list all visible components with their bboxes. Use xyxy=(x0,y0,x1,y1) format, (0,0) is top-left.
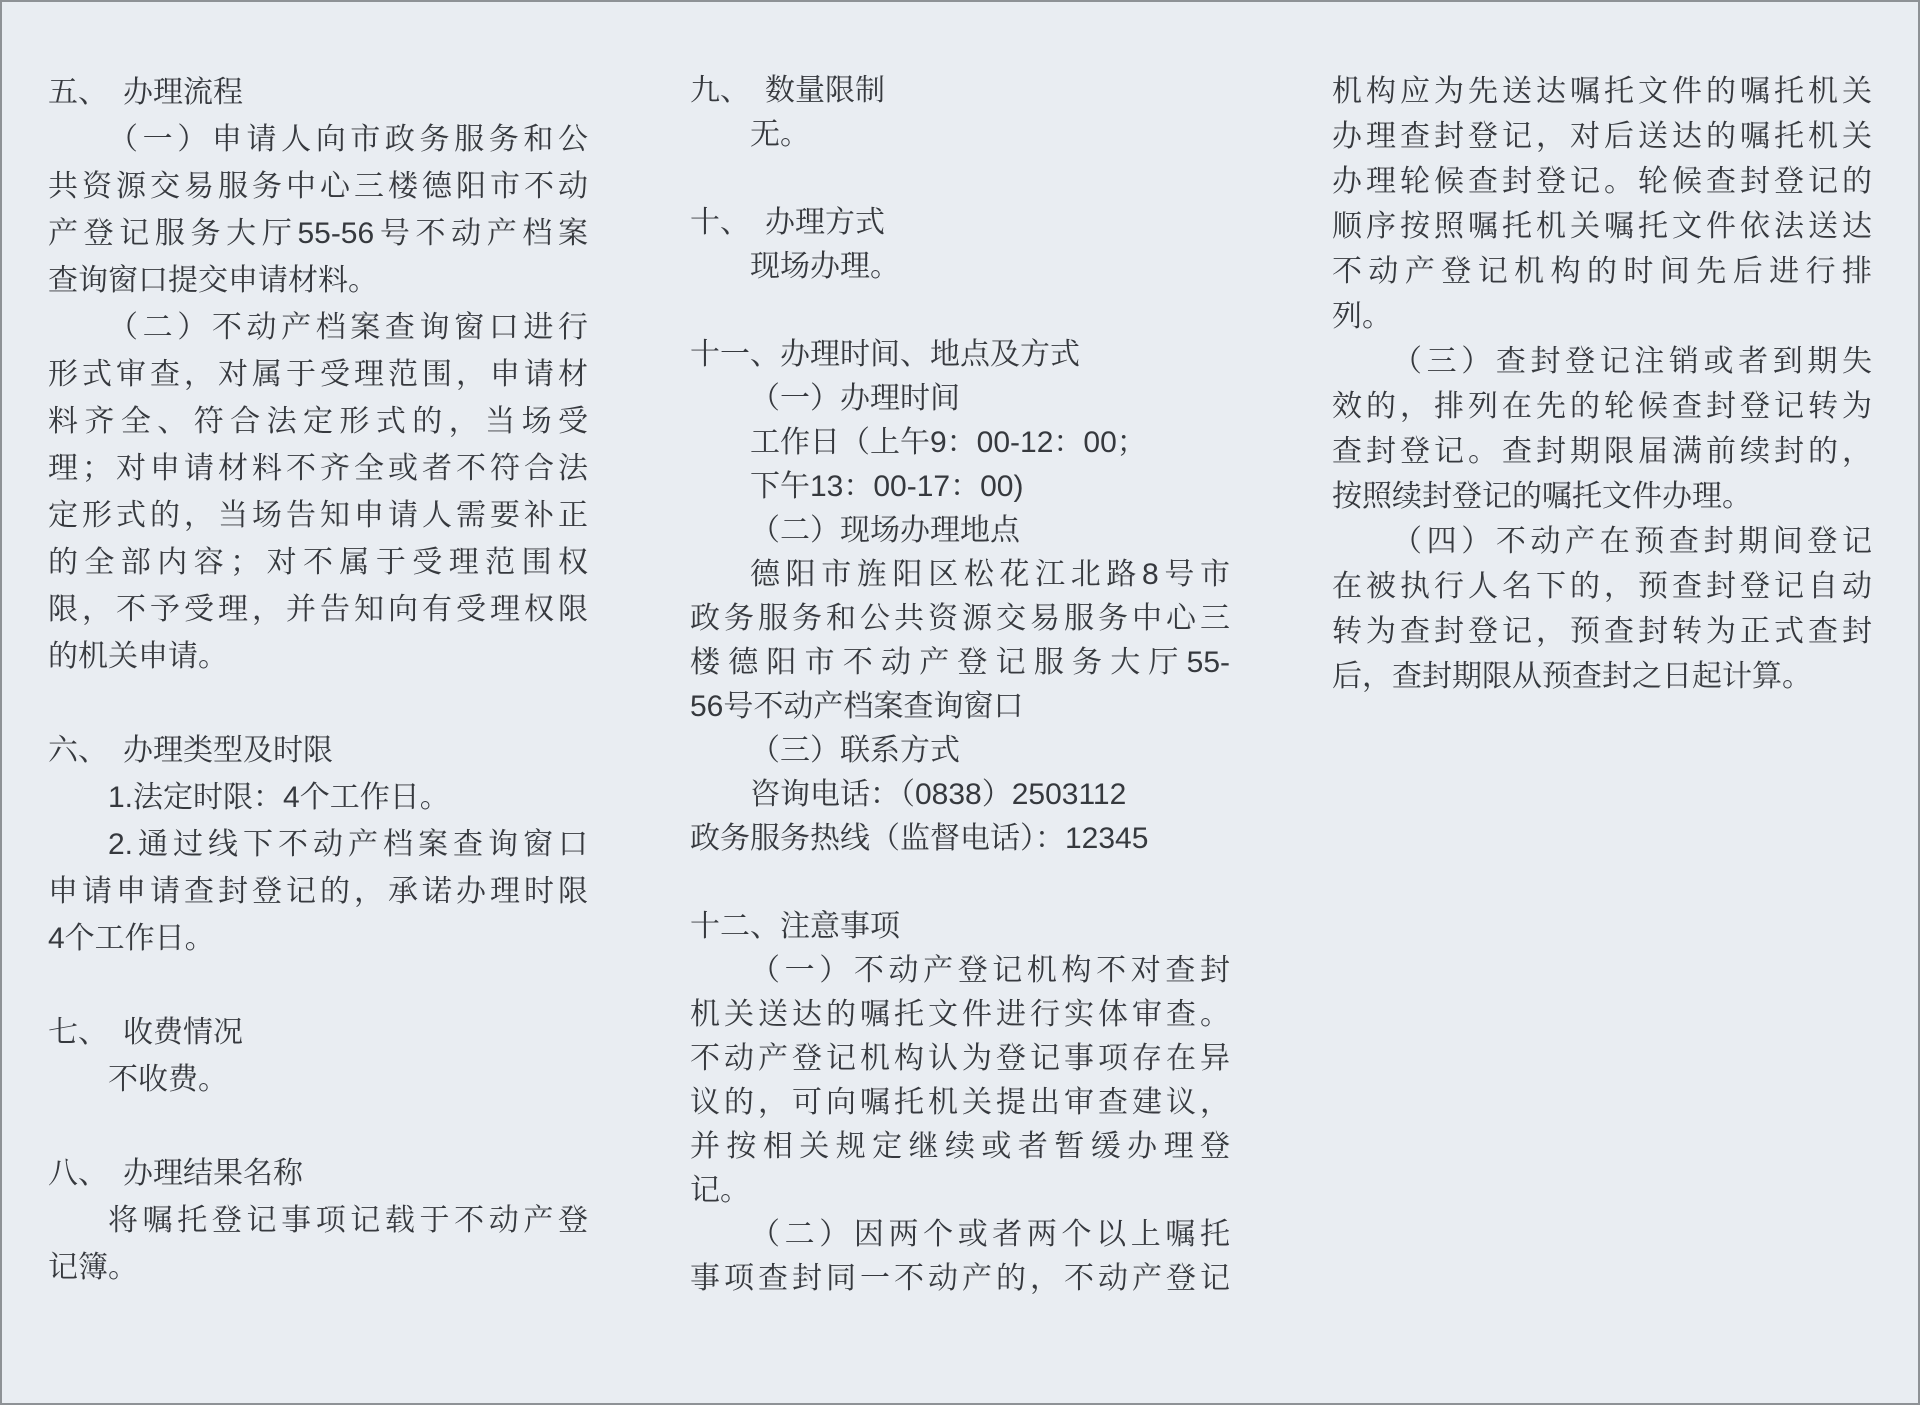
text-line: 并按相关规定继续或者暂缓办理登 xyxy=(690,1125,1230,1169)
text-line: 产登记服务大厅55-56号不动产档案 xyxy=(48,210,588,257)
text-line: 事项查封同一不动产的，不动产登记 xyxy=(690,1257,1230,1301)
text-line: 八、 办理结果名称 xyxy=(48,1150,588,1197)
text-line: 转为查封登记，预查封转为正式查封 xyxy=(1332,609,1872,654)
text-line: 形式审查，对属于受理范围，申请材 xyxy=(48,351,588,398)
text-line: （一）办理时间 xyxy=(690,377,1230,421)
text-line: 六、 办理类型及时限 xyxy=(48,727,588,774)
text-line: 列。 xyxy=(1332,294,1872,339)
text-line: 十二、注意事项 xyxy=(690,905,1230,949)
text-line: 机构应为先送达嘱托文件的嘱托机关 xyxy=(1332,69,1872,114)
text-line: （四）不动产在预查封期间登记 xyxy=(1332,519,1872,564)
text-line: 记簿。 xyxy=(48,1244,588,1291)
text-line: 4个工作日。 xyxy=(48,915,588,962)
three-column-layout: 五、 办理流程（一）申请人向市政务服务和公共资源交易服务中心三楼德阳市不动产登记… xyxy=(48,69,1918,1301)
text-line: 政务服务和公共资源交易服务中心三 xyxy=(690,597,1230,641)
text-line: 申请申请查封登记的，承诺办理时限 xyxy=(48,868,588,915)
text-line: 按照续封登记的嘱托文件办理。 xyxy=(1332,474,1872,519)
text-line: 56号不动产档案查询窗口 xyxy=(690,685,1230,729)
text-line: 十一、办理时间、地点及方式 xyxy=(690,333,1230,377)
text-line: 工作日（上午9：00-12：00； xyxy=(690,421,1230,465)
column-2: 九、 数量限制无。 十、 办理方式现场办理。 十一、办理时间、地点及方式（一）办… xyxy=(690,69,1230,1301)
text-line: 七、 收费情况 xyxy=(48,1009,588,1056)
text-line: 的机关申请。 xyxy=(48,633,588,680)
text-line: 政务服务热线（监督电话）：12345 xyxy=(690,817,1230,861)
text-line: 不收费。 xyxy=(48,1056,588,1103)
text-line: 下午13：00-17：00) xyxy=(690,465,1230,509)
text-line: 限，不予受理，并告知向有受理权限 xyxy=(48,586,588,633)
column-3: 机构应为先送达嘱托文件的嘱托机关办理查封登记，对后送达的嘱托机关办理轮候查封登记… xyxy=(1332,69,1872,1301)
text-line: 办理查封登记，对后送达的嘱托机关 xyxy=(1332,114,1872,159)
text-line: （三）联系方式 xyxy=(690,729,1230,773)
text-line: 不动产登记机构认为登记事项存在异 xyxy=(690,1037,1230,1081)
text-line: 机关送达的嘱托文件进行实体审查。 xyxy=(690,993,1230,1037)
text-line: 办理轮候查封登记。轮候查封登记的 xyxy=(1332,159,1872,204)
text-line: 楼德阳市不动产登记服务大厅55- xyxy=(690,641,1230,685)
text-line: （二）现场办理地点 xyxy=(690,509,1230,553)
text-line: 顺序按照嘱托机关嘱托文件依法送达 xyxy=(1332,204,1872,249)
text-line: 查询窗口提交申请材料。 xyxy=(48,257,588,304)
text-line: （三）查封登记注销或者到期失 xyxy=(1332,339,1872,384)
text-line: 九、 数量限制 xyxy=(690,69,1230,113)
text-line: 定形式的，当场告知申请人需要补正 xyxy=(48,492,588,539)
text-line: 的全部内容；对不属于受理范围权 xyxy=(48,539,588,586)
document-page: 五、 办理流程（一）申请人向市政务服务和公共资源交易服务中心三楼德阳市不动产登记… xyxy=(0,0,1920,1405)
text-line: 记。 xyxy=(690,1169,1230,1213)
text-line: 现场办理。 xyxy=(690,245,1230,289)
text-line: （一）不动产登记机构不对查封 xyxy=(690,949,1230,993)
text-line: （二）因两个或者两个以上嘱托 xyxy=(690,1213,1230,1257)
text-line: 理；对申请材料不齐全或者不符合法 xyxy=(48,445,588,492)
text-line: 德阳市旌阳区松花江北路8号市 xyxy=(690,553,1230,597)
text-line: 效的，排列在先的轮候查封登记转为 xyxy=(1332,384,1872,429)
column-1: 五、 办理流程（一）申请人向市政务服务和公共资源交易服务中心三楼德阳市不动产登记… xyxy=(48,69,588,1301)
text-line: 五、 办理流程 xyxy=(48,69,588,116)
text-line: 将嘱托登记事项记载于不动产登 xyxy=(48,1197,588,1244)
text-line: 咨询电话：（0838）2503112 xyxy=(690,773,1230,817)
text-line: 不动产登记机构的时间先后进行排 xyxy=(1332,249,1872,294)
text-line: （二）不动产档案查询窗口进行 xyxy=(48,304,588,351)
text-line: 无。 xyxy=(690,113,1230,157)
text-line: （一）申请人向市政务服务和公 xyxy=(48,116,588,163)
text-line: 在被执行人名下的，预查封登记自动 xyxy=(1332,564,1872,609)
text-line: 料齐全、符合法定形式的，当场受 xyxy=(48,398,588,445)
text-line: 议的，可向嘱托机关提出审查建议， xyxy=(690,1081,1230,1125)
text-line: 后，查封期限从预查封之日起计算。 xyxy=(1332,654,1872,699)
text-line: 共资源交易服务中心三楼德阳市不动 xyxy=(48,163,588,210)
text-line: 2.通过线下不动产档案查询窗口 xyxy=(48,821,588,868)
text-line: 查封登记。查封期限届满前续封的， xyxy=(1332,429,1872,474)
text-line: 十、 办理方式 xyxy=(690,201,1230,245)
text-line: 1.法定时限：4个工作日。 xyxy=(48,774,588,821)
